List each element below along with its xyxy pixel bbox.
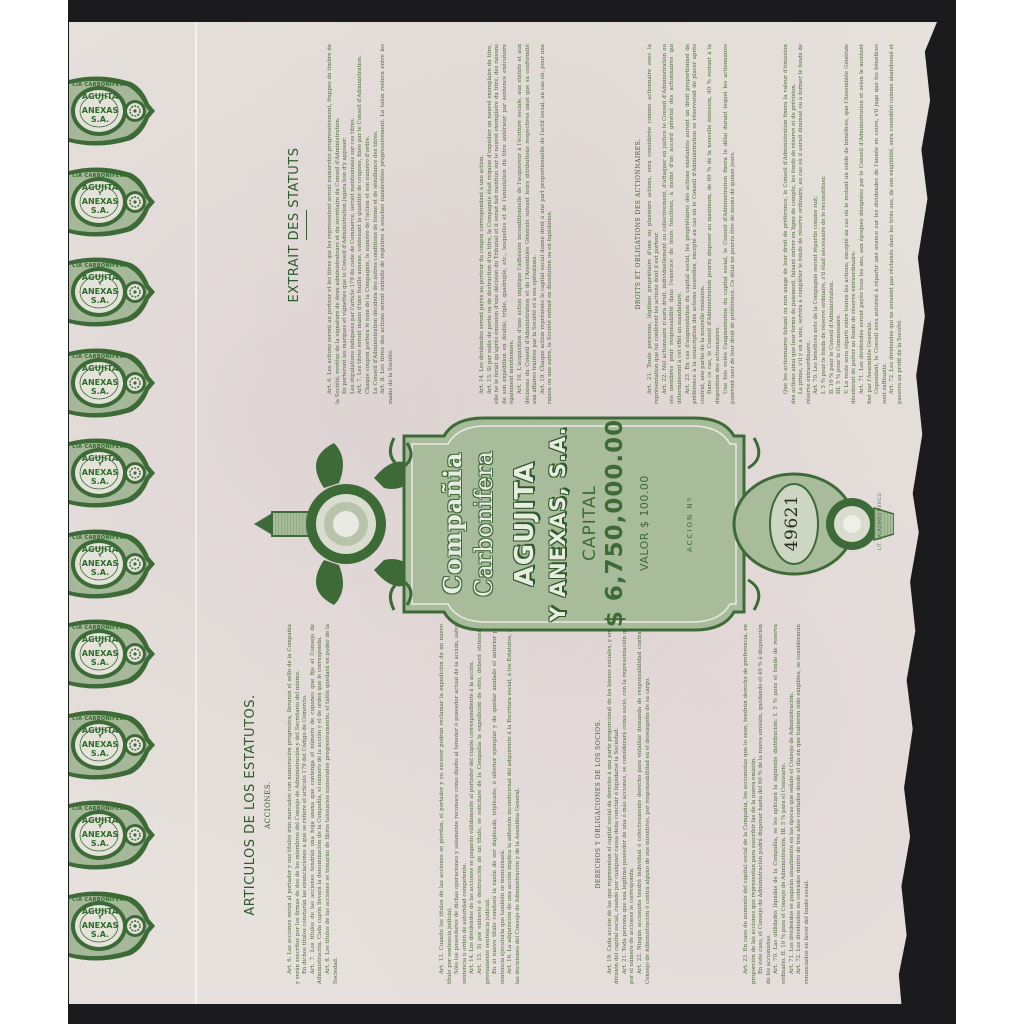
coupon-stub: CIA CARBONIFERAAGUJITAYANEXASS.A. — [69, 708, 157, 782]
article-paragraph: Art. 7. Les titres seront munis d'une fe… — [357, 44, 365, 404]
article-paragraph: Cependant, le Conseil sera autorisé à ré… — [874, 44, 889, 404]
article-paragraph: Art. 14. Los dividendos de las acciones … — [469, 624, 477, 984]
article-paragraph: V. Le reste sera réparti entre toutes le… — [844, 44, 859, 404]
article-paragraph: Une fois votée l'augmentation du capital… — [723, 44, 738, 404]
coupon-stub: CIA CARBONIFERAAGUJITAYANEXASS.A. — [69, 165, 157, 239]
article-paragraph: Art. 13. Cuando los títulos de las accio… — [439, 624, 454, 984]
spanish-subheading: ACCIONES. — [264, 620, 272, 990]
french-section-heading: DROITS ET OBLIGATIONS DES ACTIONNAIRES. — [635, 44, 643, 404]
spanish-column: Art. 13. Cuando los títulos de las accio… — [439, 624, 579, 984]
article-paragraph: Art. 22. Ningún accionista tendrá indivi… — [637, 624, 652, 984]
article-paragraph: Art. 23. En caso de aumento del capital … — [743, 624, 758, 984]
article-paragraph: II. 10 % pour le Conseil d'Administratio… — [829, 44, 837, 404]
article-paragraph: Art. 21. Toute personne, légitime propri… — [647, 44, 662, 404]
share-number-label: ACCION Nº — [686, 476, 694, 572]
article-paragraph: Art. 6. Las acciones serán al portador y… — [287, 624, 302, 984]
article-paragraph: Art. 15. Si por extravío ó destrucción d… — [477, 624, 492, 984]
article-paragraph: Art. 70. Les bénéfices nets de la Compag… — [813, 44, 821, 404]
article-paragraph: Art. 22. Nul actionnaire n'aura droit, i… — [662, 44, 685, 404]
article-paragraph: Art. 72. Los dividendos no cobrados dent… — [796, 624, 811, 984]
certificate-paper: CIA CARBONIFERAAGUJITAYANEXASS.A.CIA CAR… — [69, 22, 937, 1004]
printer-imprint: LIT. SALAZARES MEXICO — [877, 493, 882, 550]
article-paragraph: Art. 16. L'acquisition d'une action impl… — [517, 44, 540, 404]
article-paragraph: Art. 19. Chaque action représente le cap… — [540, 44, 555, 404]
article-paragraph: Art. 15. Si par suite de perte ou de des… — [487, 44, 517, 404]
article-paragraph: Art. 16. La adquisición de una acción im… — [507, 624, 522, 984]
article-paragraph: Art. 7. Los títulos de las acciones tend… — [310, 624, 325, 984]
article-paragraph: Art. 6. Les actions seront au porteur et… — [327, 44, 342, 404]
french-column: Que les actionnaires faisant ou non usag… — [783, 44, 923, 404]
spanish-column: Art. 6. Las acciones serán al portador y… — [287, 624, 427, 984]
french-heading: EXTRAIT DES STATUTS — [283, 40, 302, 410]
article-paragraph: Art. 14. Les dividendes seront payés au … — [479, 44, 487, 404]
article-paragraph: Art. 8. Les titres des actions seront ex… — [380, 44, 395, 404]
capital-label: CAPITAL — [580, 458, 600, 588]
title-vignette: Compañia Carbonifera AGUJITA Y ANEXAS, S… — [254, 408, 894, 640]
par-value: VALOR $ 100.00 — [638, 460, 651, 586]
coupon-stub: CIA CARBONIFERAAGUJITAYANEXASS.A. — [69, 346, 157, 420]
article-paragraph: En el nuevo título constará la razón de … — [492, 624, 507, 984]
article-paragraph: La prime, s'il y en a une, servira à com… — [798, 44, 813, 404]
article-paragraph: En dichos títulos constarán las enunciac… — [302, 624, 310, 984]
perforation-line — [195, 22, 197, 1004]
article-paragraph: Art. 21. Toda persona que sea legítimo p… — [622, 624, 637, 984]
title-anexas: Y ANEXAS, S.A. — [546, 426, 570, 622]
capital-amount: $ 6,750,000.00 — [602, 418, 628, 628]
title-carbonifera: Carbonifera — [470, 426, 498, 622]
coupon-stub: CIA CARBONIFERAAGUJITAYANEXASS.A. — [69, 617, 157, 691]
article-paragraph: En este caso, el Consejo de Administraci… — [758, 624, 773, 984]
french-column: Art. 14. Les dividendes seront payés au … — [479, 44, 619, 404]
french-column: Art. 6. Les actions seront au porteur et… — [327, 44, 467, 404]
article-paragraph: Que les actionnaires faisant ou non usag… — [783, 44, 798, 404]
spanish-section: ARTICULOS DE LOS ESTATUTOS. ACCIONES. Ar… — [239, 620, 929, 990]
coupon-stub: CIA CARBONIFERAAGUJITAYANEXASS.A. — [69, 255, 157, 329]
french-section: EXTRAIT DES STATUTS Art. 6. Les actions … — [283, 40, 923, 410]
article-paragraph: Sólo los poseedores de dichas operacione… — [454, 624, 469, 984]
spanish-heading: ARTICULOS DE LOS ESTATUTOS. — [239, 620, 258, 990]
spanish-section-heading: DERECHOS Y OBLIGACIONES DE LOS SOCIOS. — [595, 624, 603, 984]
article-paragraph: Art. 70. Las utilidades líquidas de la C… — [773, 624, 788, 984]
article-paragraph: Ils porteront les marques et vignettes q… — [342, 44, 350, 404]
french-column: DROITS ET OBLIGATIONS DES ACTIONNAIRES.A… — [631, 44, 771, 404]
article-paragraph: Art. 19. Cada acción de las que represen… — [607, 624, 622, 984]
coupon-stub: CIA CARBONIFERAAGUJITAYANEXASS.A. — [69, 436, 157, 510]
coupon-stub: CIA CARBONIFERAAGUJITAYANEXASS.A. — [69, 798, 157, 872]
article-paragraph: Chaque coupon portera le nom de la Compa… — [365, 44, 373, 404]
article-paragraph: Art. 71. Les dividendes seront payés tou… — [859, 44, 874, 404]
article-paragraph: III. 5 % pour le Commissaire. — [836, 44, 844, 404]
article-paragraph: Dans ce cas, le Conseil d'Administration… — [707, 44, 722, 404]
article-paragraph: I. 5 % pour le fonds de réserve ordinair… — [821, 44, 829, 404]
coupon-stub: CIA CARBONIFERAAGUJITAYANEXASS.A. — [69, 527, 157, 601]
coupon-stub: CIA CARBONIFERAAGUJITAYANEXASS.A. — [69, 889, 157, 963]
article-paragraph: Art. 8. Los títulos de las acciones se t… — [325, 624, 340, 984]
article-paragraph: Art. 23. En cas d'augmentation du capita… — [685, 44, 708, 404]
coupon-stub: CIA CARBONIFERAAGUJITAYANEXASS.A. — [69, 74, 157, 148]
title-compania: Compañia — [438, 438, 467, 608]
title-agujita: AGUJITA — [510, 434, 540, 614]
spanish-column: DERECHOS Y OBLIGACIONES DE LOS SOCIOS.Ar… — [591, 624, 731, 984]
spanish-column: Art. 23. En caso de aumento del capital … — [743, 624, 883, 984]
article-paragraph: Art. 72. Les dividendes qui ne seraient … — [889, 44, 904, 404]
share-number: 49621 — [782, 488, 802, 558]
